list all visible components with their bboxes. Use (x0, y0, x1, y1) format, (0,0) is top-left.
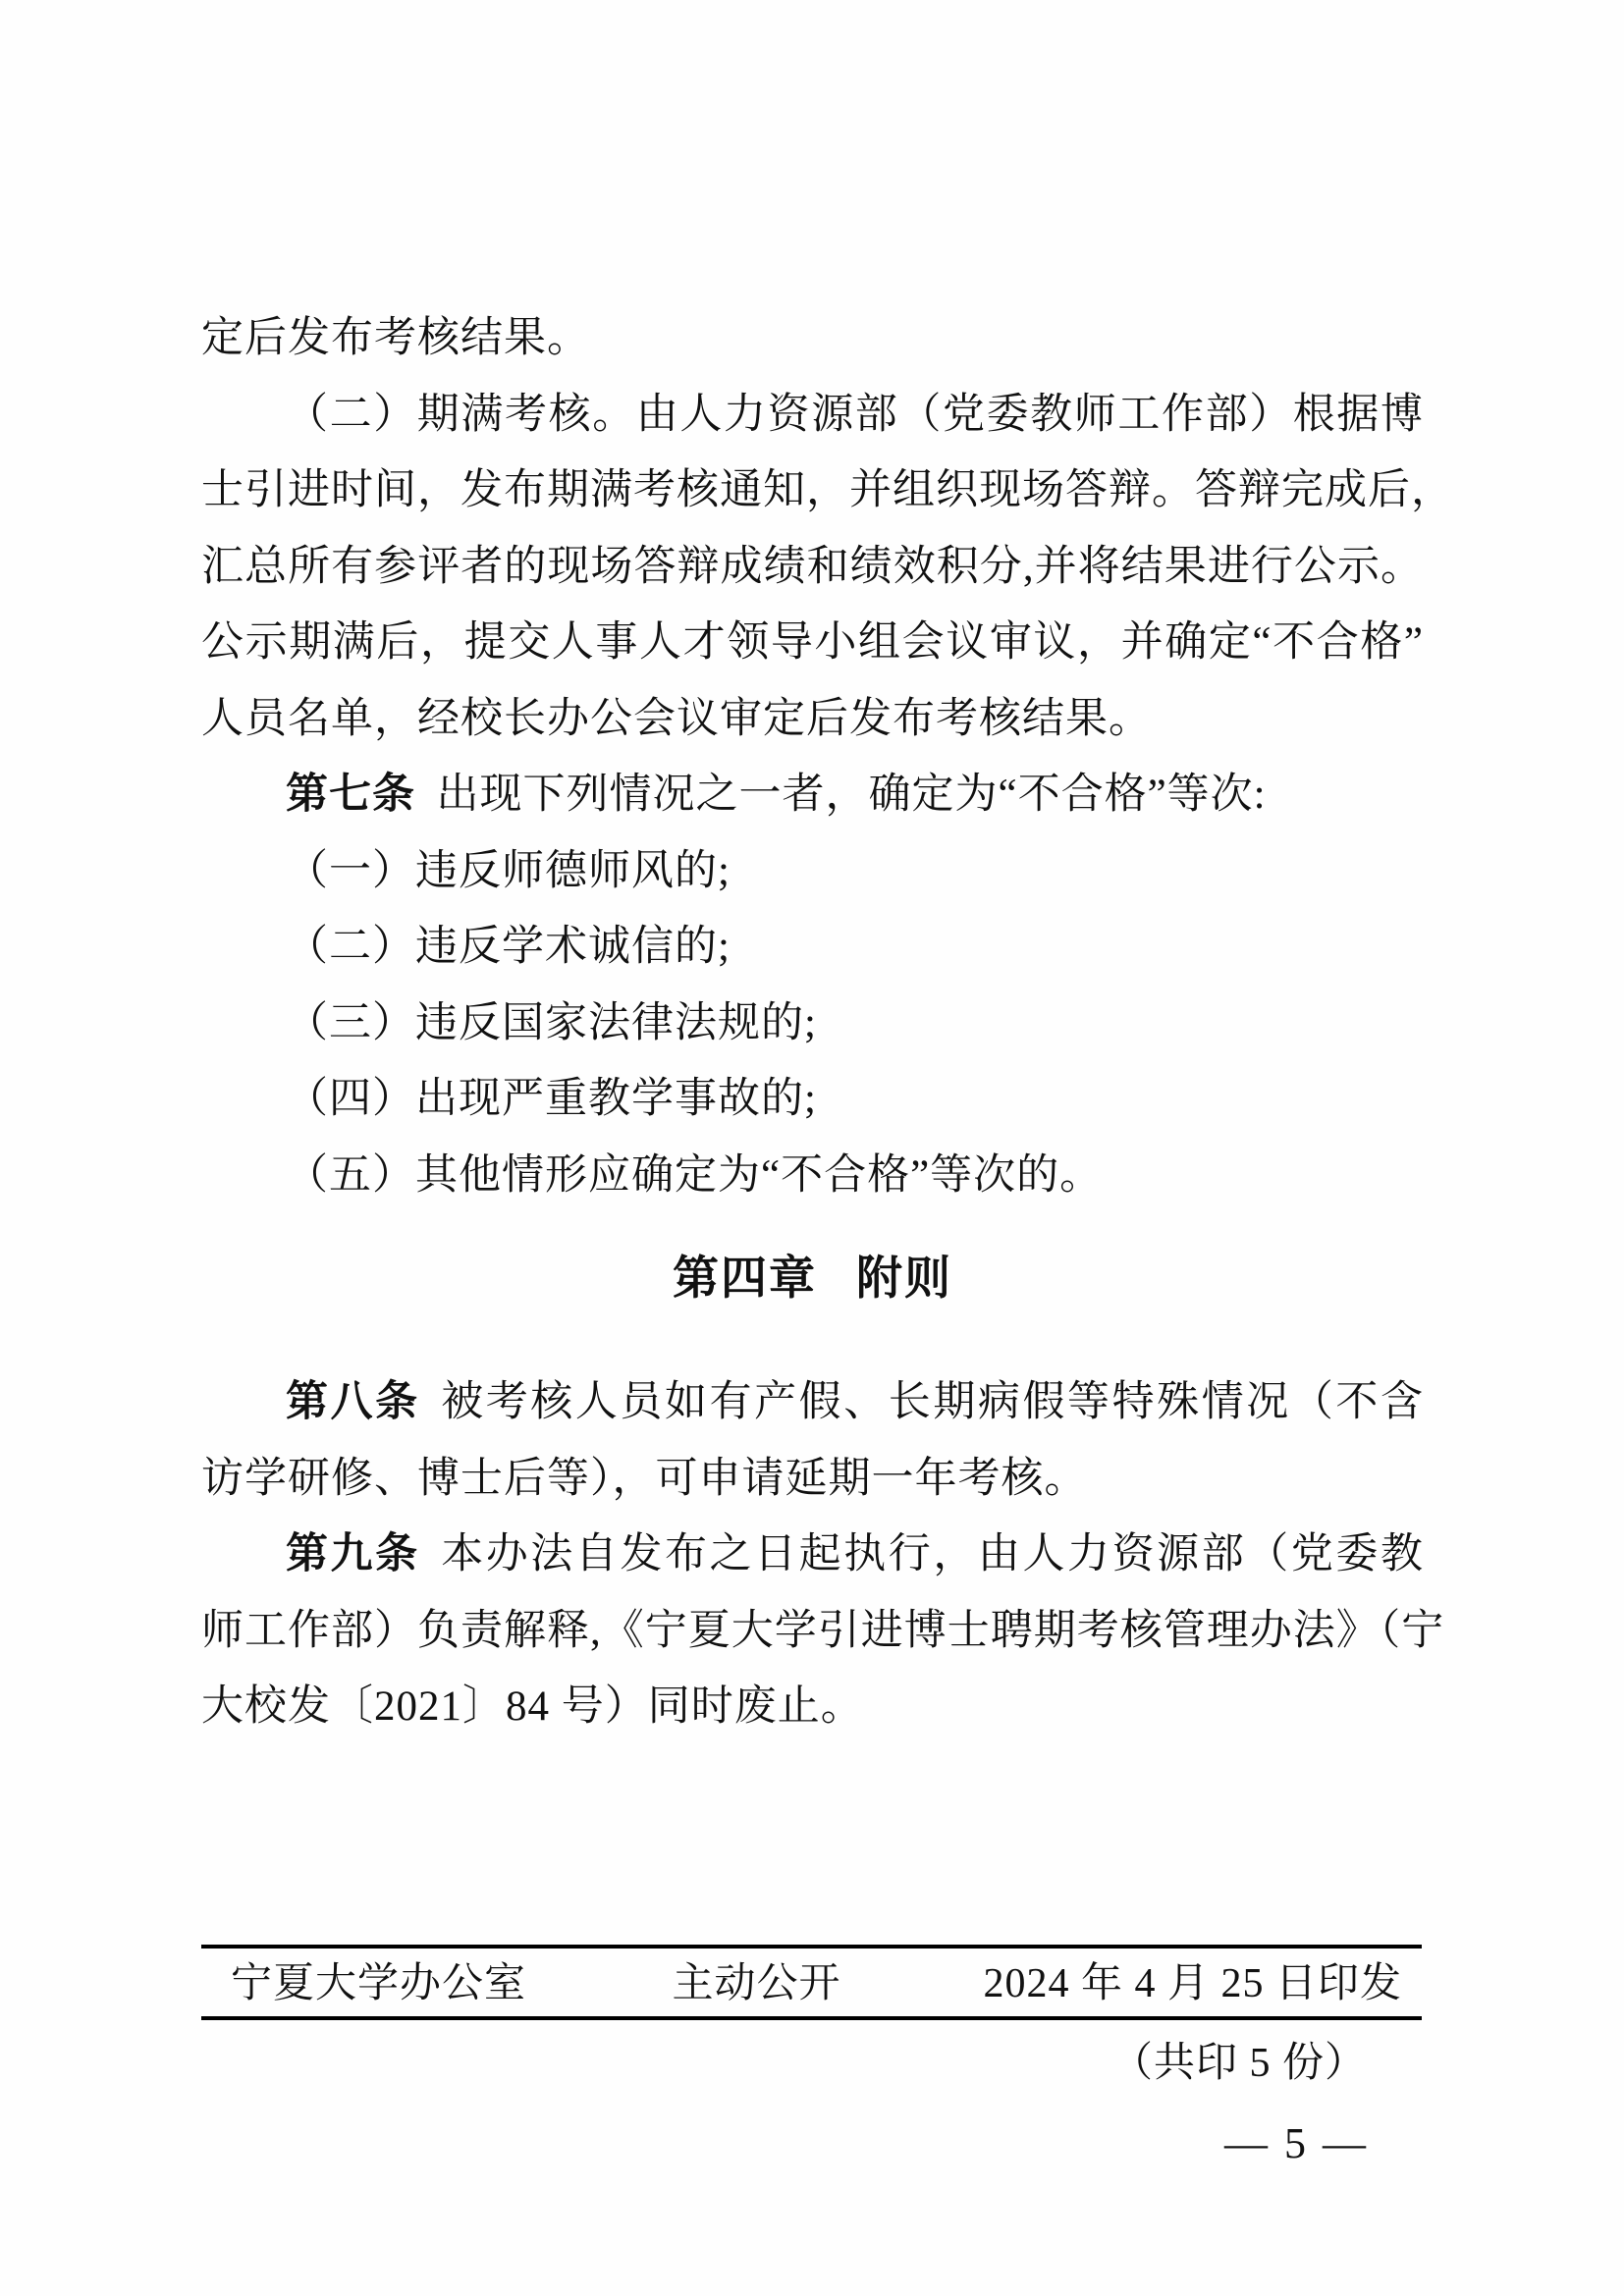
chapter-title: 附则 (856, 1252, 952, 1304)
list-item-1: （一）违反师德师风的; (201, 833, 1424, 910)
article-8-number: 第八条 (286, 1379, 420, 1425)
chapter-heading: 第四章附则 (201, 1239, 1424, 1317)
text-line: 人员名单，经校长办公会议审定后发布考核结果。 (201, 681, 1424, 758)
document-page: 定后发布考核结果。 （二）期满考核。由人力资源部（党委教师工作部）根据博 士引进… (0, 0, 1624, 2296)
article-7-line: 第七条出现下列情况之一者，确定为“不合格”等次: (201, 757, 1424, 833)
page-number: — 5 — (1224, 2118, 1369, 2168)
article-9-number: 第九条 (286, 1531, 420, 1577)
list-item-5: （五）其他情形应确定为“不合格”等次的。 (201, 1138, 1424, 1214)
document-body: 定后发布考核结果。 （二）期满考核。由人力资源部（党委教师工作部）根据博 士引进… (201, 300, 1424, 1745)
copies-note: （共印 5 份） (1111, 2030, 1367, 2089)
colophon-bottom-rule (201, 2016, 1422, 2020)
article-9-line: 第九条本办法自发布之日起执行，由人力资源部（党委教 (201, 1517, 1424, 1593)
article-8-text: 被考核人员如有产假、长期病假等特殊情况（不含 (441, 1379, 1424, 1425)
issuing-office: 宁夏大学办公室 (231, 1955, 526, 2012)
disclosure-level: 主动公开 (673, 1955, 841, 2012)
article-8-line: 第八条被考核人员如有产假、长期病假等特殊情况（不含 (201, 1364, 1424, 1441)
text-line: 汇总所有参评者的现场答辩成绩和绩效积分,并将结果进行公示。 (201, 529, 1424, 606)
colophon-row: 宁夏大学办公室 主动公开 2024 年 4 月 25 日印发 (201, 1955, 1422, 2012)
text-line-continuation: 定后发布考核结果。 (201, 300, 1424, 377)
chapter-number: 第四章 (673, 1252, 817, 1304)
list-item-3: （三）违反国家法律法规的; (201, 986, 1424, 1062)
text-line: 大校发〔2021〕84 号）同时废止。 (201, 1669, 1424, 1745)
list-item-2: （二）违反学术诚信的; (201, 909, 1424, 986)
article-7-number: 第七条 (286, 772, 415, 818)
text-line: 访学研修、博士后等），可申请延期一年考核。 (201, 1441, 1424, 1518)
article-7-text: 出现下列情况之一者，确定为“不合格”等次: (437, 772, 1267, 818)
text-line: 士引进时间，发布期满考核通知，并组织现场答辩。答辩完成后， (201, 453, 1424, 529)
print-date: 2024 年 4 月 25 日印发 (983, 1955, 1402, 2012)
text-line-item-2-interim-review: （二）期满考核。由人力资源部（党委教师工作部）根据博 (201, 377, 1424, 454)
text-line: 师工作部）负责解释,《宁夏大学引进博士聘期考核管理办法》（宁 (201, 1593, 1424, 1670)
colophon-top-rule (201, 1945, 1422, 1949)
text-line: 公示期满后，提交人事人才领导小组会议审议，并确定“不合格” (201, 605, 1424, 681)
list-item-4: （四）出现严重教学事故的; (201, 1061, 1424, 1138)
article-9-text: 本办法自发布之日起执行，由人力资源部（党委教 (441, 1531, 1424, 1577)
